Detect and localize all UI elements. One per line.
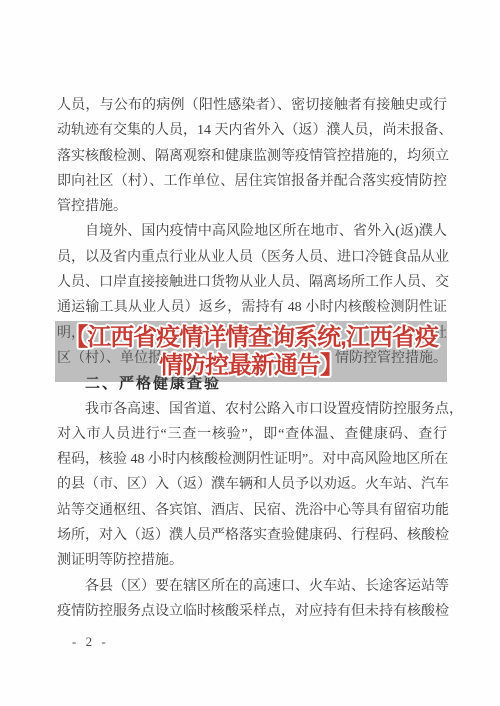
doc-line: 的县（市、区）入（返）濮车辆和人员予以劝返。火车站、汽车 xyxy=(57,472,447,497)
doc-line: 疫情防控服务点设立临时核酸采样点，对应持有但未持有核酸检 xyxy=(57,599,447,624)
doc-line: 对入市人员进行“三查一核验”，即“查体温、查健康码、查行 xyxy=(57,422,447,447)
doc-line: 人员，与公布的病例（阳性感染者）、密切接触者有接触史或行 xyxy=(57,93,447,118)
doc-line: 各县（区）要在辖区所在的高速口、火车站、长途客运站等 xyxy=(57,574,447,599)
doc-line: 场所，对入（返）濮人员严格落实查验健康码、行程码、核酸检 xyxy=(57,523,447,548)
doc-line: 管控措施。 xyxy=(57,194,447,219)
doc-line: 员，以及省内重点行业从业人员（医务人员、进口冷链食品从业 xyxy=(57,245,447,270)
headline-line-2: 情防控最新通告】 xyxy=(159,352,343,380)
doc-line: 测证明等防控措施。 xyxy=(57,548,447,573)
document-page: 人员，与公布的病例（阳性感染者）、密切接触者有接触史或行动轨迹有交集的人员，14… xyxy=(0,0,500,706)
doc-line: 自境外、国内疫情中高风险地区所在地市、省外入(返)濮人 xyxy=(57,219,447,244)
headline-overlay: 【江西省疫情详情查询系统,江西省疫 情防控最新通告】 xyxy=(55,321,447,382)
doc-line: 即向社区（村）、工作单位、居住宾馆报备并配合落实疫情防控 xyxy=(57,169,447,194)
headline-line-1: 【江西省疫情详情查询系统,江西省疫 xyxy=(64,324,438,352)
doc-line: 动轨迹有交集的人员，14 天内省外入（返）濮人员，尚未报备、 xyxy=(57,118,447,143)
doc-line: 落实核酸检测、隔离观察和健康监测等疫情管控措施的，均须立 xyxy=(57,144,447,169)
doc-line: 站等交通枢纽、各宾馆、酒店、民宿、洗浴中心等具有留宿功能 xyxy=(57,498,447,523)
doc-line: 我市各高速、国省道、农村公路入市口设置疫情防控服务点， xyxy=(57,397,447,422)
page-number: - 2 - xyxy=(72,634,109,650)
doc-line: 人员、口岸直接接触进口货物从业人员、隔离场所工作人员、交 xyxy=(57,270,447,295)
doc-line: 程码，核验 48 小时内核酸检测阴性证明”。对中高风险地区所在 xyxy=(57,447,447,472)
doc-line: 通运输工具从业人员）返乡，需持有 48 小时内核酸检测阴性证 xyxy=(57,295,447,320)
